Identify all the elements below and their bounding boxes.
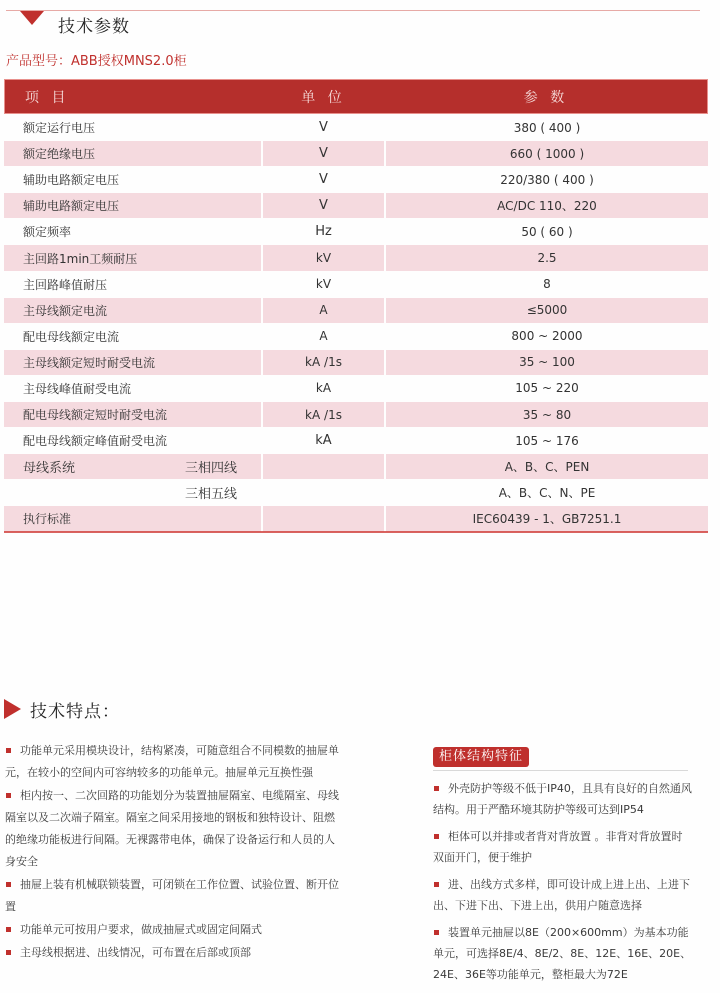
row-value: 35 ~ 80 xyxy=(386,402,708,427)
top-divider xyxy=(6,10,700,11)
square-bullet-icon xyxy=(6,882,11,887)
row-item: 主母线额定短时耐受电流 xyxy=(4,350,261,375)
row-value: ≤5000 xyxy=(386,298,708,323)
row-value: 220/380 ( 400 ) xyxy=(386,167,708,192)
square-bullet-icon xyxy=(434,930,439,935)
structure-list: 外壳防护等级不低于IP40，且具有良好的自然通风结构。用于严酷环境其防护等级可达… xyxy=(433,778,693,991)
row-item: 额定运行电压 xyxy=(4,115,261,140)
row-item: 配电母线额定短时耐受电流 xyxy=(4,402,261,427)
row-value: 105 ~ 220 xyxy=(386,376,708,401)
row-value: 50 ( 60 ) xyxy=(386,219,708,244)
list-item: 进、出线方式多样，即可设计成上进上出、上进下出、下进下出、下进上出，供用户随意选… xyxy=(433,874,693,916)
table-bottom-rule xyxy=(4,531,708,533)
section-title: 技术参数 xyxy=(58,12,130,37)
features-title: 技术特点： xyxy=(30,697,120,722)
list-item: 功能单元采用模块设计，结构紧凑，可随意组合不同模数的抽屉单元，在较小的空间内可容… xyxy=(5,740,345,784)
structure-title-badge: 柜体结构特征 xyxy=(433,747,529,767)
triangle-down-icon xyxy=(20,11,44,25)
list-item: 柜内按一、二次回路的功能划分为装置抽屉隔室、电缆隔室、母线隔室以及二次端子隔室。… xyxy=(5,785,345,873)
row-item-label: 母线系统 xyxy=(23,457,75,476)
square-bullet-icon xyxy=(434,834,439,839)
row-unit: V xyxy=(263,193,384,218)
row-item: 主回路峰值耐压 xyxy=(4,272,261,297)
table-row: 辅助电路额定电压 V AC/DC 110、220 xyxy=(4,192,708,218)
list-item: 功能单元可按用户要求，做成抽屉式或固定间隔式 xyxy=(5,919,345,941)
row-value: 105 ~ 176 xyxy=(386,428,708,453)
row-unit xyxy=(263,506,384,531)
table-row: 额定频率 Hz 50 ( 60 ) xyxy=(4,218,708,244)
table-row: 主回路峰值耐压 kV 8 xyxy=(4,271,708,297)
row-unit: kV xyxy=(263,272,384,297)
row-item: 母线系统 三相四线 xyxy=(4,454,261,479)
square-bullet-icon xyxy=(434,786,439,791)
table-row: 主母线额定短时耐受电流 kA /1s 35 ~ 100 xyxy=(4,349,708,375)
row-item: 主母线峰值耐受电流 xyxy=(4,376,261,401)
row-unit: kA /1s xyxy=(263,402,384,427)
table-row: 配电母线额定峰值耐受电流 kA 105 ~ 176 xyxy=(4,427,708,453)
column-header-value: 参 数 xyxy=(385,87,707,107)
square-bullet-icon xyxy=(6,950,11,955)
row-unit: A xyxy=(263,298,384,323)
row-unit: V xyxy=(263,141,384,166)
row-value: 660 ( 1000 ) xyxy=(386,141,708,166)
row-item: 额定频率 xyxy=(4,219,261,244)
table-row: 主回路1min工频耐压 kV 2.5 xyxy=(4,244,708,270)
column-header-unit: 单 位 xyxy=(262,87,385,107)
row-unit: kA xyxy=(263,428,384,453)
row-subitem: 三相五线 xyxy=(185,483,237,502)
list-item: 外壳防护等级不低于IP40，且具有良好的自然通风结构。用于严酷环境其防护等级可达… xyxy=(433,778,693,820)
row-item: 主母线额定电流 xyxy=(4,298,261,323)
triangle-right-icon xyxy=(4,699,21,719)
row-value: 35 ~ 100 xyxy=(386,350,708,375)
square-bullet-icon xyxy=(6,793,11,798)
row-item: 主回路1min工频耐压 xyxy=(4,245,261,270)
row-value: A、B、C、PEN xyxy=(386,454,708,479)
row-item: 额定绝缘电压 xyxy=(4,141,261,166)
row-subitem: 三相四线 xyxy=(185,457,237,476)
table-header: 项 目 单 位 参 数 xyxy=(4,79,708,114)
row-unit: V xyxy=(263,167,384,192)
table-row: 配电母线额定电流 A 800 ~ 2000 xyxy=(4,323,708,349)
list-item: 抽屉上装有机械联锁装置，可闭锁在工作位置、试验位置、断开位置 xyxy=(5,874,345,918)
column-header-item: 项 目 xyxy=(5,87,262,107)
structure-divider xyxy=(433,770,688,771)
table-row: 主母线峰值耐受电流 kA 105 ~ 220 xyxy=(4,375,708,401)
row-item: 三相五线 xyxy=(4,480,261,505)
table-row: 执行标准 IEC60439 - 1、GB7251.1 xyxy=(4,505,708,531)
list-item: 柜体可以并排或者背对背放置 。非背对背放置时双面开门，便于维护 xyxy=(433,826,693,868)
row-item: 辅助电路额定电压 xyxy=(4,193,261,218)
table-row: 三相五线 A、B、C、N、PE xyxy=(4,479,708,505)
table-row: 额定运行电压 V 380 ( 400 ) xyxy=(4,114,708,140)
features-list: 功能单元采用模块设计，结构紧凑，可随意组合不同模数的抽屉单元，在较小的空间内可容… xyxy=(5,740,345,965)
square-bullet-icon xyxy=(434,882,439,887)
list-item: 主母线根据进、出线情况，可布置在后部或顶部 xyxy=(5,942,345,964)
row-value: A、B、C、N、PE xyxy=(386,480,708,505)
row-value: IEC60439 - 1、GB7251.1 xyxy=(386,506,708,531)
row-value: 2.5 xyxy=(386,245,708,270)
row-unit: kV xyxy=(263,245,384,270)
table-row: 辅助电路额定电压 V 220/380 ( 400 ) xyxy=(4,166,708,192)
row-item: 配电母线额定电流 xyxy=(4,324,261,349)
table-row: 母线系统 三相四线 A、B、C、PEN xyxy=(4,453,708,479)
row-value: 8 xyxy=(386,272,708,297)
row-value: 800 ~ 2000 xyxy=(386,324,708,349)
product-model: 产品型号：ABB授权MNS2.0柜 xyxy=(6,50,187,69)
spec-table: 项 目 单 位 参 数 额定运行电压 V 380 ( 400 ) 额定绝缘电压 … xyxy=(4,79,708,533)
row-unit xyxy=(263,480,384,505)
row-unit: A xyxy=(263,324,384,349)
row-unit xyxy=(263,454,384,479)
square-bullet-icon xyxy=(6,927,11,932)
table-row: 主母线额定电流 A ≤5000 xyxy=(4,297,708,323)
table-row: 额定绝缘电压 V 660 ( 1000 ) xyxy=(4,140,708,166)
row-unit: Hz xyxy=(263,219,384,244)
square-bullet-icon xyxy=(6,748,11,753)
row-unit: kA /1s xyxy=(263,350,384,375)
row-item: 辅助电路额定电压 xyxy=(4,167,261,192)
table-row: 配电母线额定短时耐受电流 kA /1s 35 ~ 80 xyxy=(4,401,708,427)
list-item: 装置单元抽屉以8E（200×600mm）为基本功能单元，可选择8E/4、8E/2… xyxy=(433,922,693,985)
row-unit: kA xyxy=(263,376,384,401)
row-unit: V xyxy=(263,115,384,140)
row-item: 配电母线额定峰值耐受电流 xyxy=(4,428,261,453)
row-value: AC/DC 110、220 xyxy=(386,193,708,218)
row-item: 执行标准 xyxy=(4,506,261,531)
row-value: 380 ( 400 ) xyxy=(386,115,708,140)
